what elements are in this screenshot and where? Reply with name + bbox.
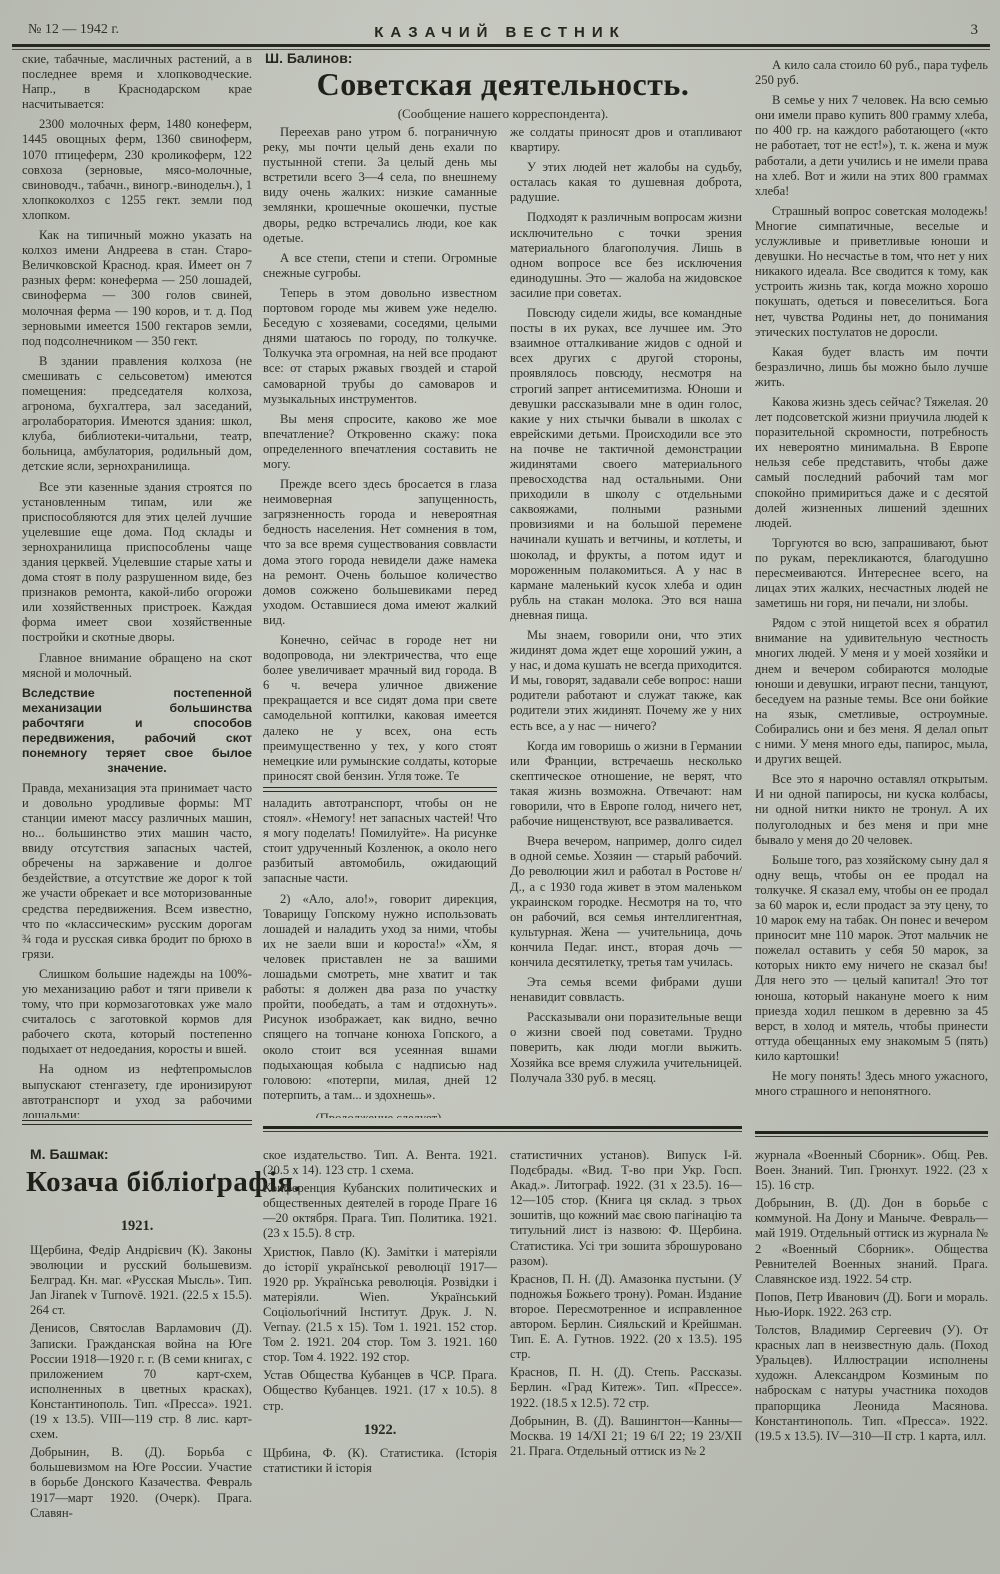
- soviet-article-headline: Советская деятельность.: [262, 66, 744, 103]
- paragraph: Вчера вечером, например, долго сидел в о…: [510, 834, 742, 970]
- bibliography-column-3: статистичних установ). Випуск І-й. Подєб…: [510, 1148, 742, 1568]
- left-article-column: ские, табачные, масличных растений, а в …: [22, 52, 252, 1118]
- soviet-article-column-3: же солдаты приносят дров и отапливают кв…: [510, 125, 742, 1118]
- paragraph: Подходят к различным вопросам жизни искл…: [510, 210, 742, 301]
- paragraph: Торгуются во всю, запрашивают, бьют по р…: [755, 536, 988, 611]
- paragraph: Правда, механизация эта принимает часто …: [22, 781, 252, 962]
- paragraph: Эта семья всеми фибрами души ненавидит с…: [510, 975, 742, 1005]
- paragraph: ские, табачные, масличных растений, а в …: [22, 52, 252, 112]
- soviet-article-column-2: Переехав рано утром б. пограничную реку,…: [263, 125, 497, 785]
- continuation-note: (Продолжение следует).: [263, 1111, 497, 1118]
- left-article-bottom-paragraphs: Правда, механизация эта принимает часто …: [22, 781, 252, 1118]
- article-end-rule-right: [755, 1131, 988, 1137]
- bibliography-entry: Краснов, П. Н. (Д). Амазонка пустыни. (У…: [510, 1272, 742, 1363]
- paragraph: Рассказывали они поразительные вещи о жи…: [510, 1010, 742, 1085]
- paragraph: Конечно, сейчас в городе нет ни водопров…: [263, 633, 497, 784]
- bibliography-entry: Толстов, Владимир Сергеевич (У). От крас…: [755, 1323, 988, 1444]
- paragraph: Все это я нарочно оставлял открытым. И н…: [755, 772, 988, 847]
- left-column-end-rule: [22, 1120, 252, 1125]
- paragraph: Главное внимание обращено на скот мясной…: [22, 651, 252, 681]
- bibliography-entry: Щербина, Федір Андрієвич (К). Законы эво…: [30, 1243, 252, 1318]
- bibliography-entry: Денисов, Святослав Варламович (Д). Запис…: [30, 1321, 252, 1442]
- bibliography-entry: Добрынин, В. (Д). Борьба с большевизмом …: [30, 1445, 252, 1520]
- bibliography-entry: Конференция Кубанских политических и общ…: [263, 1181, 497, 1241]
- left-article-continuation-column: наладить автотранспорт, чтобы он не стоя…: [263, 796, 497, 1118]
- bibliography-column-2-entries: ское издательство. Тип. А. Вента. 1921. …: [263, 1148, 497, 1414]
- paragraph: Как на типичный можно указать на колхоз …: [22, 228, 252, 349]
- bibliography-entry: статистичних установ). Випуск І-й. Подєб…: [510, 1148, 742, 1269]
- bibliography-entry: Попов, Петр Иванович (Д). Боги и мораль.…: [755, 1290, 988, 1320]
- paragraph: Прежде всего здесь бросается в глаза неи…: [263, 477, 497, 628]
- paragraph: наладить автотранспорт, чтобы он не стоя…: [263, 796, 497, 887]
- newspaper-page: { "masthead": { "issue": "№ 12 — 1942 г.…: [0, 0, 1000, 1574]
- article-end-rule-middle: [263, 1126, 742, 1132]
- paragraph: Переехав рано утром б. пограничную реку,…: [263, 125, 497, 246]
- bibliography-entry: ское издательство. Тип. А. Вента. 1921. …: [263, 1148, 497, 1178]
- paragraph: Страшный вопрос советская молодежь! Мног…: [755, 204, 988, 340]
- paragraph: На одном из нефтепромыслов выпускают сте…: [22, 1062, 252, 1118]
- paragraph: Какая будет власть им почти безразлично,…: [755, 345, 988, 390]
- bibliography-column-2-entries-continued: Щрбина, Ф. (К). Статистика. (Історія ста…: [263, 1446, 497, 1476]
- masthead-page-number: 3: [971, 22, 979, 39]
- paragraph: Вы меня спросите, каково же мое впечатле…: [263, 412, 497, 472]
- bibliography-entry: журнала «Военный Сборник». Общ. Рев. Вое…: [755, 1148, 988, 1193]
- paragraph: А кило сала стоило 60 руб., пара туфель …: [755, 58, 988, 88]
- paragraph: Больше того, раз хозяйскому сыну дал я о…: [755, 853, 988, 1064]
- bibliography-byline: М. Башмак:: [30, 1146, 109, 1162]
- bibliography-year-1921: 1921.: [22, 1218, 252, 1235]
- paragraph: У этих людей нет жалобы на судьбу, остал…: [510, 160, 742, 205]
- left-article-top-paragraphs: ские, табачные, масличных растений, а в …: [22, 52, 252, 681]
- bibliography-entry: Щрбина, Ф. (К). Статистика. (Історія ста…: [263, 1446, 497, 1476]
- masthead-title: КАЗАЧИЙ ВЕСТНИК: [0, 24, 1000, 41]
- bibliography-entry: Добрынин, В. (Д). Вашингтон—Канны—Москва…: [510, 1414, 742, 1459]
- paragraph: Мы знаем, говорили они, что этих жидинят…: [510, 628, 742, 734]
- paragraph: 2) «Ало, ало!», говорит дирекция, Товари…: [263, 892, 497, 1103]
- paragraph: В семье у них 7 человек. На всю семью он…: [755, 93, 988, 199]
- paragraph: А все степи, степи и степи. Огромные сне…: [263, 251, 497, 281]
- left-article-continuation-paragraphs: наладить автотранспорт, чтобы он не стоя…: [263, 796, 497, 1103]
- bibliography-column-2: ское издательство. Тип. А. Вента. 1921. …: [263, 1148, 497, 1568]
- paragraph: Когда им говоришь о жизни в Германии или…: [510, 739, 742, 830]
- bibliography-column-4: журнала «Военный Сборник». Общ. Рев. Вое…: [755, 1148, 988, 1568]
- bibliography-column-1: Щербина, Федір Андрієвич (К). Законы эво…: [30, 1243, 252, 1565]
- paragraph: Рядом с этой нищетой всех я обратил вним…: [755, 616, 988, 767]
- column-2-separator-rule: [263, 787, 497, 792]
- paragraph: Слишком большие надежды на 100%-ую механ…: [22, 967, 252, 1058]
- paragraph: Все эти казенные здания строятся по уста…: [22, 480, 252, 646]
- paragraph: Теперь в этом довольно известном портово…: [263, 286, 497, 407]
- paragraph: В здании правления колхоза (не смешивать…: [22, 354, 252, 475]
- left-article-bold-lead: Вследствие постепенной механизации больш…: [22, 686, 252, 776]
- bibliography-headline: Козача бібліоґрафія.: [26, 1166, 252, 1199]
- bibliography-year-1922: 1922.: [263, 1423, 497, 1438]
- soviet-article-column-4: А кило сала стоило 60 руб., пара туфель …: [755, 58, 988, 1124]
- paragraph: Не могу понять! Здесь много ужасного, мн…: [755, 1069, 988, 1099]
- masthead-rule: [12, 44, 990, 50]
- paragraph: Какова жизнь здесь сейчас? Тяжелая. 20 л…: [755, 395, 988, 531]
- bibliography-entry: Христюк, Павло (К). Замітки і матеріяли …: [263, 1245, 497, 1366]
- paragraph: Повсюду сидели жиды, все командные посты…: [510, 306, 742, 623]
- bibliography-entry: Добрынин, В. (Д). Дон в борьбе с коммуно…: [755, 1196, 988, 1287]
- paragraph: же солдаты приносят дров и отапливают кв…: [510, 125, 742, 155]
- soviet-article-byline: Ш. Балинов:: [265, 50, 352, 66]
- bibliography-entry: Краснов, П. Н. (Д). Степь. Рассказы. Бер…: [510, 1365, 742, 1410]
- bibliography-entry: Устав Общества Кубанцев в ЧСР. Прага. Об…: [263, 1368, 497, 1413]
- soviet-article-subtitle: (Сообщение нашего корреспондента).: [262, 106, 744, 122]
- paragraph: 2300 молочных ферм, 1480 конеферм, 1445 …: [22, 117, 252, 223]
